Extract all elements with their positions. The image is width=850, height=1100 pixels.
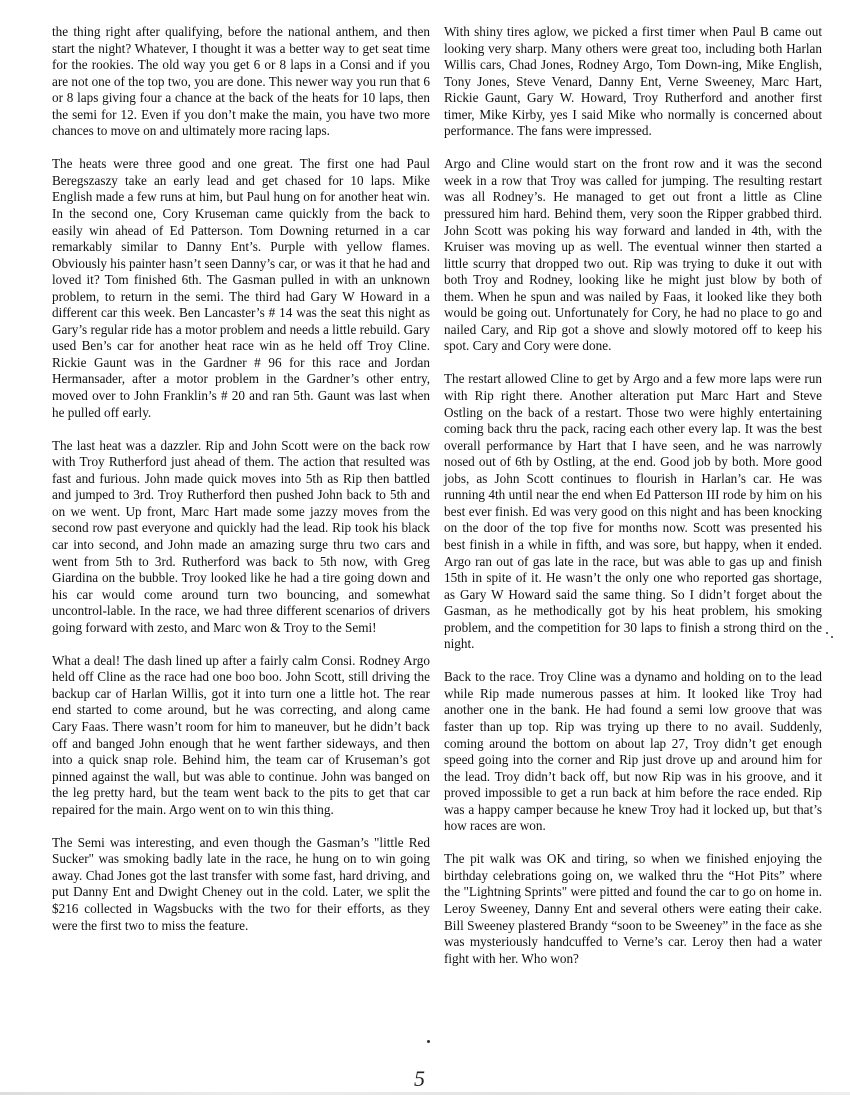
paragraph: What a deal! The dash lined up after a f… — [52, 653, 430, 818]
left-column: the thing right after qualifying, before… — [52, 24, 430, 951]
paragraph: Back to the race. Troy Cline was a dynam… — [444, 669, 822, 834]
paragraph: The Semi was interesting, and even thoug… — [52, 835, 430, 934]
paragraph: The restart allowed Cline to get by Argo… — [444, 371, 822, 652]
scan-edge — [0, 1092, 850, 1095]
paragraph: The pit walk was OK and tiring, so when … — [444, 851, 822, 967]
scan-speck — [826, 632, 828, 634]
paragraph: With shiny tires aglow, we picked a firs… — [444, 24, 822, 140]
document-page: the thing right after qualifying, before… — [0, 0, 850, 1100]
paragraph: Argo and Cline would start on the front … — [444, 156, 822, 355]
right-column: With shiny tires aglow, we picked a firs… — [444, 24, 822, 984]
scan-speck — [427, 1040, 430, 1043]
paragraph: the thing right after qualifying, before… — [52, 24, 430, 140]
scan-speck — [831, 636, 833, 638]
paragraph: The last heat was a dazzler. Rip and Joh… — [52, 438, 430, 637]
paragraph: The heats were three good and one great.… — [52, 156, 430, 421]
page-number: 5 — [414, 1066, 425, 1092]
